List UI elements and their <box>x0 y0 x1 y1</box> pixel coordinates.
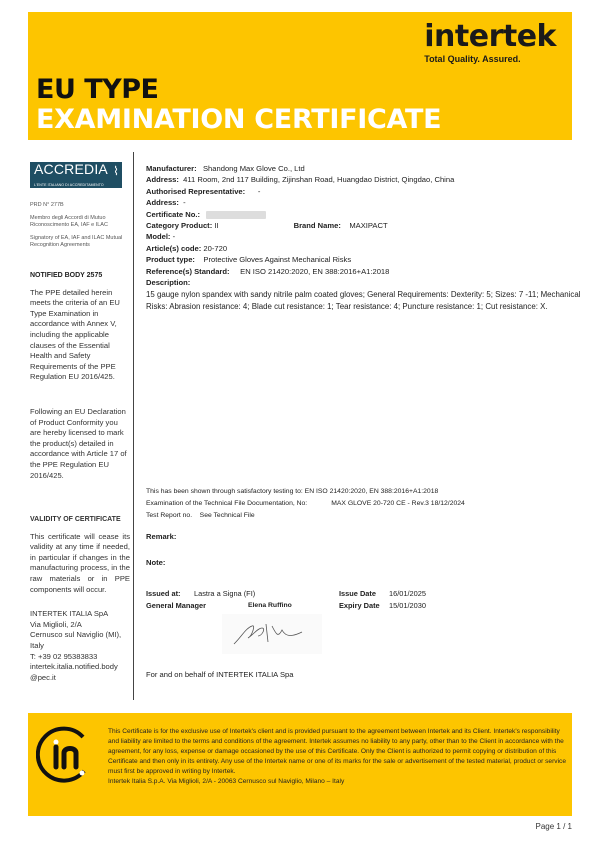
note-label: Note: <box>146 558 165 567</box>
label: Test Report no. <box>146 512 192 519</box>
label: Product type: <box>146 255 195 264</box>
brand-value: MAXIPACT <box>349 221 387 230</box>
left-sidebar: ACCREDIA L'ENTE ITALIANO DI ACCREDITAMEN… <box>30 162 130 683</box>
accredia-logo: ACCREDIA L'ENTE ITALIANO DI ACCREDITAMEN… <box>30 162 122 188</box>
ppe-text: The PPE detailed herein meets the criter… <box>30 288 130 383</box>
description-label: Description: <box>146 277 586 288</box>
issued-at-row: Issued at: Lastra a Signa (FI) Issue Dat… <box>146 588 586 600</box>
label: Certificate No.: <box>146 210 200 219</box>
logo-wordmark: intertek <box>424 22 556 52</box>
address-line: Via Miglioli, 2/A <box>30 620 130 631</box>
redacted-certificate-number <box>206 211 266 219</box>
standard-value: EN ISO 21420:2020, EN 388:2016+A1:2018 <box>240 267 389 276</box>
product-type-row: Product type: Protective Gloves Against … <box>146 254 586 265</box>
label: General Manager <box>146 601 206 610</box>
label: Manufacturer: <box>146 164 197 173</box>
page-number: Page 1 / 1 <box>536 822 572 831</box>
standard-row: Reference(s) Standard: EN ISO 21420:2020… <box>146 266 586 277</box>
address-row: Address: 411 Room, 2nd 117 Building, Zij… <box>146 174 586 185</box>
auth-rep-row: Authorised Representative: - <box>146 186 586 197</box>
description-value: 15 gauge nylon spandex with sandy nitril… <box>146 289 586 311</box>
address-line: INTERTEK ITALIA SpA <box>30 609 130 620</box>
label: Model: <box>146 232 170 241</box>
validity-title: VALIDITY OF CERTIFICATE <box>30 515 130 526</box>
manager-row: General Manager Elena Ruffino Expiry Dat… <box>146 600 586 612</box>
column-divider <box>133 152 134 700</box>
address2-value: - <box>183 198 186 207</box>
label: Expiry Date <box>339 600 380 612</box>
label: Brand Name: <box>294 221 341 230</box>
italy-map-icon: ⌇ <box>113 166 119 177</box>
validity-text: This certificate will cease its validity… <box>30 532 130 596</box>
pec-email[interactable]: intertek.italia.notified.body <box>30 662 130 673</box>
certificate-row: Certificate No.: <box>146 209 586 220</box>
certificate-fields: Manufacturer: Shandong Max Glove Co., Lt… <box>146 163 586 312</box>
accredia-name: ACCREDIA <box>34 164 108 175</box>
address-line: Italy <box>30 641 130 652</box>
prd-number: PRD N° 277B <box>30 202 130 209</box>
intertek-logo: intertek Total Quality. Assured. <box>424 22 556 64</box>
footer-address: Intertek Italia S.p.A. Via Miglioli, 2/A… <box>108 777 566 787</box>
model-row: Model: - <box>146 231 586 242</box>
disclaimer-text: This Certificate is for the exclusive us… <box>108 727 566 788</box>
label: Issued at: <box>146 589 181 598</box>
testing-section: This has been shown through satisfactory… <box>146 486 586 522</box>
label: Category Product: <box>146 221 212 230</box>
category-value: II <box>214 221 218 230</box>
tech-file-row: Examination of the Technical File Docume… <box>146 498 586 510</box>
label: Address: <box>146 175 179 184</box>
gm-name: Elena Ruffino <box>248 600 292 612</box>
title-line1: EU TYPE <box>36 74 158 105</box>
manufacturer-value: Shandong Max Glove Co., Ltd <box>203 164 305 173</box>
label: Address: <box>146 198 179 207</box>
issued-at-value: Lastra a Signa (FI) <box>194 588 255 600</box>
declaration-text: Following an EU Declaration of Product C… <box>30 407 130 481</box>
accredia-subtitle: L'ENTE ITALIANO DI ACCREDITAMENTO <box>34 180 104 191</box>
issue-date-value: 16/01/2025 <box>389 588 426 600</box>
expiry-date-value: 15/01/2030 <box>389 600 426 612</box>
pec-email-domain[interactable]: @pec.it <box>30 673 130 684</box>
label: Article(s) code: <box>146 244 201 253</box>
product-type-value: Protective Gloves Against Mechanical Ris… <box>203 255 351 264</box>
phone: T: +39 02 95383833 <box>30 652 130 663</box>
test-report-row: Test Report no. See Technical File <box>146 510 586 522</box>
manufacturer-row: Manufacturer: Shandong Max Glove Co., Lt… <box>146 163 586 174</box>
auth-rep-value: - <box>258 187 261 196</box>
label: Reference(s) Standard: <box>146 267 230 276</box>
footer-disclaimer: This Certificate is for the exclusive us… <box>28 713 572 816</box>
signature-image <box>222 614 322 654</box>
address2-row: Address: - <box>146 197 586 208</box>
remark-label: Remark: <box>146 532 176 541</box>
intertek-in-logo-icon <box>36 725 96 785</box>
category-row: Category Product: IIBrand Name: MAXIPACT <box>146 220 586 231</box>
logo-tagline: Total Quality. Assured. <box>424 54 556 64</box>
label: Authorised Representative: <box>146 187 245 196</box>
certificate-header: intertek Total Quality. Assured. EU TYPE… <box>28 12 572 140</box>
tech-file-value: MAX GLOVE 20-720 CE - Rev.3 18/12/2024 <box>331 500 465 507</box>
issue-section: Issued at: Lastra a Signa (FI) Issue Dat… <box>146 588 586 612</box>
membro-text: Membro degli Accordi di Mutuo Riconoscim… <box>30 215 130 229</box>
label: Examination of the Technical File Docume… <box>146 500 307 507</box>
label: Issue Date <box>339 588 376 600</box>
article-value: 20-720 <box>203 244 227 253</box>
article-row: Article(s) code: 20-720 <box>146 243 586 254</box>
testing-statement: This has been shown through satisfactory… <box>146 486 586 498</box>
address-line: Cernusco sul Naviglio (MI), <box>30 630 130 641</box>
address-value: 411 Room, 2nd 117 Building, Zijinshan Ro… <box>183 175 454 184</box>
test-report-value: See Technical File <box>200 512 255 519</box>
disclaimer-paragraph: This Certificate is for the exclusive us… <box>108 727 566 777</box>
intertek-address: INTERTEK ITALIA SpA Via Miglioli, 2/A Ce… <box>30 609 130 683</box>
notified-body: NOTIFIED BODY 2575 <box>30 271 130 282</box>
signature-icon <box>222 614 322 654</box>
on-behalf-text: For and on behalf of INTERTEK ITALIA Spa <box>146 670 293 679</box>
signatory-text: Signatory of EA, IAF and ILAC Mutual Rec… <box>30 235 130 249</box>
title-line2: EXAMINATION CERTIFICATE <box>36 104 441 135</box>
model-value: - <box>173 232 176 241</box>
